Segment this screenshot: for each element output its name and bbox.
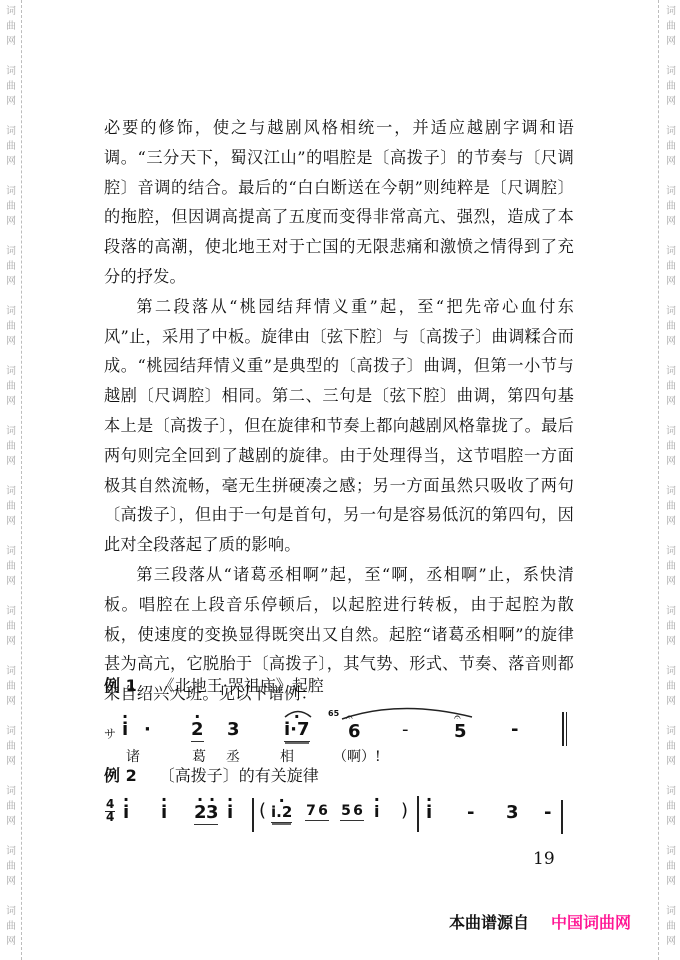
note: 6 (348, 721, 361, 742)
watermark-char: 词 (663, 244, 679, 259)
watermark-char: 词 (3, 304, 19, 319)
watermark-char: 词 (3, 604, 19, 619)
watermark-char: 网 (3, 694, 19, 709)
note: 3 (206, 802, 218, 825)
watermark-char: 词 (663, 544, 679, 559)
example-1-title: 例 1《北地王·哭祖庙》起腔 (104, 676, 324, 696)
note: 2 (194, 802, 206, 825)
watermark-char: 网 (663, 634, 679, 649)
watermark-char: 曲 (3, 199, 19, 214)
time-sig-line (105, 811, 115, 812)
watermark-group: 词曲网 (3, 64, 19, 109)
watermark-char: 网 (3, 454, 19, 469)
watermark-char: 网 (3, 754, 19, 769)
watermark-char: 网 (3, 814, 19, 829)
watermark-char: 曲 (663, 19, 679, 34)
dash: - (544, 802, 551, 823)
note: i (123, 802, 129, 823)
watermark-char: 曲 (663, 499, 679, 514)
watermark-group: 词曲网 (663, 124, 679, 169)
watermark-char: 词 (663, 424, 679, 439)
watermark-group: 词曲网 (3, 304, 19, 349)
watermark-char: 网 (663, 754, 679, 769)
watermark-char: 网 (663, 274, 679, 289)
watermark-char: 网 (3, 874, 19, 889)
watermark-char: 曲 (3, 439, 19, 454)
watermark-group: 词曲网 (3, 424, 19, 469)
watermark-char: 曲 (3, 679, 19, 694)
watermark-group: 词曲网 (663, 64, 679, 109)
watermark-char: 网 (663, 874, 679, 889)
watermark-char: 曲 (663, 319, 679, 334)
watermark-char: 网 (3, 34, 19, 49)
watermark-char: 词 (663, 784, 679, 799)
time-sig-top: 4 (106, 798, 114, 810)
example-2-caption: 〔高拨子〕的有关旋律 (159, 766, 319, 785)
watermark-char: 曲 (663, 79, 679, 94)
watermark-char: 曲 (3, 19, 19, 34)
watermark-char: 词 (663, 4, 679, 19)
note: i (122, 719, 128, 740)
watermark-char: 词 (3, 784, 19, 799)
watermark-char: 网 (3, 514, 19, 529)
dash: - (467, 802, 474, 823)
watermark-group: 词曲网 (663, 184, 679, 229)
time-sig-bottom: 4 (106, 811, 114, 823)
watermark-char: 曲 (3, 379, 19, 394)
lyric: （啊）! (333, 746, 381, 766)
watermark-char: 曲 (663, 679, 679, 694)
note: i (227, 802, 233, 823)
watermark-char: 曲 (663, 559, 679, 574)
watermark-group: 词曲网 (3, 604, 19, 649)
watermark-group: 词曲网 (3, 4, 19, 49)
watermark-char: 词 (3, 244, 19, 259)
watermark-char: 曲 (663, 859, 679, 874)
watermark-char: 词 (3, 4, 19, 19)
watermark-group: 词曲网 (3, 904, 19, 949)
watermark-group: 词曲网 (663, 544, 679, 589)
watermark-char: 词 (3, 424, 19, 439)
source-label: 本曲谱源自 (449, 913, 529, 932)
note: i (426, 802, 432, 823)
watermark-char: 网 (663, 694, 679, 709)
lyric: 葛 (192, 746, 206, 766)
note-group: i·7 (284, 719, 310, 742)
watermark-char: 词 (3, 124, 19, 139)
watermark-char: 词 (663, 904, 679, 919)
note: 2 (191, 719, 204, 742)
watermark-char: 词 (663, 64, 679, 79)
right-dashed-divider (658, 0, 659, 960)
watermark-group: 词曲网 (3, 664, 19, 709)
lyric: 相 (280, 746, 294, 766)
note: i (161, 802, 167, 823)
watermark-char: 网 (3, 274, 19, 289)
watermark-char: 网 (663, 154, 679, 169)
watermark-char: 网 (3, 154, 19, 169)
watermark-char: 词 (663, 124, 679, 139)
tempo-mark-free: サ (104, 725, 116, 742)
example-2-label: 例 2 (104, 766, 137, 785)
watermark-char: 词 (663, 664, 679, 679)
dash: - (511, 719, 518, 740)
watermark-group: 词曲网 (663, 904, 679, 949)
watermark-group: 词曲网 (3, 784, 19, 829)
watermark-char: 曲 (3, 799, 19, 814)
watermark-char: 曲 (663, 259, 679, 274)
watermark-char: 曲 (663, 919, 679, 934)
source-brand-link[interactable]: 中国词曲网 (551, 913, 631, 932)
paren-close: ) (401, 800, 408, 821)
watermark-group: 词曲网 (663, 424, 679, 469)
watermark-char: 词 (3, 724, 19, 739)
watermark-char: 网 (663, 514, 679, 529)
watermark-char: 词 (663, 484, 679, 499)
watermark-char: 曲 (3, 139, 19, 154)
note: 3 (227, 719, 240, 740)
note: 7 (305, 803, 317, 821)
watermark-char: 曲 (3, 619, 19, 634)
watermark-char: 网 (3, 334, 19, 349)
watermark-char: 网 (3, 634, 19, 649)
dot-duration: · (144, 719, 151, 740)
paragraph-2: 第二段落从“桃园结拜情义重”起，至“把先帝心血付东风”止，采用了中板。旋律由〔弦… (104, 292, 574, 560)
watermark-char: 网 (3, 214, 19, 229)
grace-notes: 65 (328, 709, 339, 718)
note: i (374, 802, 379, 821)
paren-open: ( (259, 800, 266, 821)
watermark-char: 网 (3, 934, 19, 949)
watermark-char: 曲 (663, 799, 679, 814)
watermark-group: 词曲网 (663, 664, 679, 709)
watermark-char: 词 (663, 304, 679, 319)
watermark-char: 曲 (3, 919, 19, 934)
final-barline (562, 712, 567, 746)
lyric: 诸 (126, 746, 140, 766)
watermark-char: 词 (3, 544, 19, 559)
watermark-char: 曲 (663, 379, 679, 394)
watermark-char: 曲 (3, 739, 19, 754)
watermark-char: 曲 (3, 259, 19, 274)
watermark-char: 曲 (663, 739, 679, 754)
watermark-group: 词曲网 (3, 484, 19, 529)
watermark-char: 词 (3, 484, 19, 499)
watermark-group: 词曲网 (3, 124, 19, 169)
watermark-char: 网 (663, 454, 679, 469)
watermark-char: 词 (3, 664, 19, 679)
article-body: 必要的修饰，使之与越剧风格相统一，并适应越剧字调和语调。“三分天下，蜀汉江山”的… (104, 113, 574, 709)
watermark-group: 词曲网 (663, 4, 679, 49)
watermark-char: 曲 (663, 439, 679, 454)
watermark-group: 词曲网 (663, 244, 679, 289)
source-credit: 本曲谱源自中国词曲网 (449, 910, 631, 933)
watermark-char: 词 (3, 184, 19, 199)
note: 5 (454, 721, 467, 742)
barline (561, 800, 563, 834)
watermark-char: 网 (663, 574, 679, 589)
watermark-group: 词曲网 (3, 844, 19, 889)
watermark-char: 网 (663, 94, 679, 109)
barline (417, 796, 419, 832)
watermark-char: 网 (3, 394, 19, 409)
watermark-char: 词 (663, 184, 679, 199)
watermark-char: 词 (663, 844, 679, 859)
watermark-group: 词曲网 (663, 844, 679, 889)
barline (252, 798, 254, 832)
watermark-group: 词曲网 (663, 484, 679, 529)
watermark-char: 网 (663, 934, 679, 949)
watermark-char: 词 (3, 904, 19, 919)
watermark-char: 网 (663, 394, 679, 409)
note: 5 (340, 803, 352, 821)
watermark-group: 词曲网 (3, 364, 19, 409)
watermark-group: 词曲网 (663, 364, 679, 409)
watermark-char: 曲 (3, 79, 19, 94)
watermark-char: 曲 (3, 499, 19, 514)
watermark-char: 词 (3, 64, 19, 79)
example-1-caption: 《北地王·哭祖庙》起腔 (159, 676, 324, 695)
watermark-char: 曲 (663, 619, 679, 634)
watermark-char: 网 (663, 214, 679, 229)
watermark-group: 词曲网 (663, 724, 679, 769)
watermark-group: 词曲网 (663, 604, 679, 649)
watermark-char: 曲 (663, 139, 679, 154)
watermark-group: 词曲网 (3, 724, 19, 769)
watermark-group: 词曲网 (663, 304, 679, 349)
watermark-group: 词曲网 (663, 784, 679, 829)
watermark-char: 网 (3, 574, 19, 589)
lyric: 丞 (226, 746, 240, 766)
note: 3 (506, 802, 519, 823)
watermark-char: 词 (663, 364, 679, 379)
watermark-char: 词 (663, 604, 679, 619)
watermark-char: 曲 (3, 559, 19, 574)
watermark-char: 曲 (3, 859, 19, 874)
page-number: 19 (533, 849, 555, 869)
note: 6 (352, 803, 364, 821)
watermark-char: 词 (3, 844, 19, 859)
watermark-group: 词曲网 (3, 244, 19, 289)
dash: - (402, 719, 409, 740)
example-2-title: 例 2〔高拨子〕的有关旋律 (104, 766, 319, 786)
example-1-label: 例 1 (104, 676, 137, 695)
left-dashed-divider (21, 0, 22, 960)
paragraph-1: 必要的修饰，使之与越剧风格相统一，并适应越剧字调和语调。“三分天下，蜀汉江山”的… (104, 113, 574, 292)
watermark-char: 曲 (3, 319, 19, 334)
watermark-char: 词 (3, 364, 19, 379)
watermark-group: 词曲网 (3, 544, 19, 589)
watermark-char: 曲 (663, 199, 679, 214)
watermark-char: 网 (663, 34, 679, 49)
note: 6 (317, 803, 329, 821)
watermark-char: 词 (663, 724, 679, 739)
watermark-char: 网 (663, 334, 679, 349)
note-group: i.2 (271, 803, 292, 823)
watermark-group: 词曲网 (3, 184, 19, 229)
watermark-char: 网 (3, 94, 19, 109)
watermark-char: 网 (663, 814, 679, 829)
